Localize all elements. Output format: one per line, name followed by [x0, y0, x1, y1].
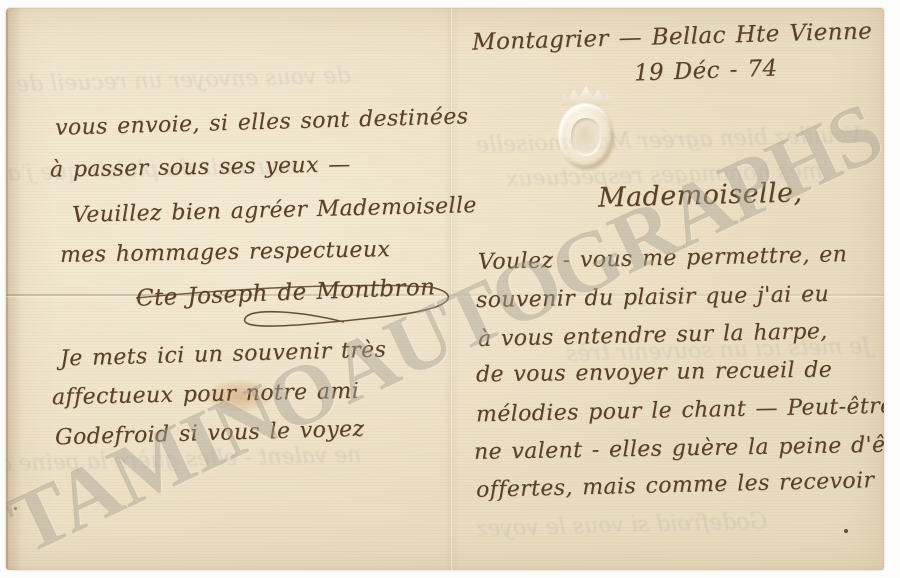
handwritten-line: Veuillez bien agréer Mademoiselle: [72, 193, 477, 228]
handwritten-line: offertes, mais comme les recevoir: [476, 468, 875, 503]
crown-icon: [562, 84, 610, 106]
dateline-location: Montagrier — Bellac Hte Vienne: [472, 18, 873, 55]
handwritten-line: souvenir du plaisir que j'ai eu: [476, 282, 829, 313]
paper-speck: [844, 529, 848, 533]
show-through-text: Veuillez bien agréer Mademoiselle: [476, 123, 862, 158]
handwritten-line: affectueux pour notre ami: [52, 379, 360, 410]
paper-speck: [14, 507, 17, 510]
handwritten-line: vous envoie, si elles sont destinées: [55, 104, 469, 141]
show-through-text: Godefroid si vous le voyez: [476, 509, 768, 542]
signature-flourish: [128, 270, 462, 346]
photo-background: Veuillez bien agréer Mademoiselle mes ho…: [0, 0, 900, 578]
show-through-text: de vous envoyer un recueil de: [16, 64, 351, 98]
handwritten-line: à passer sous ses yeux —: [50, 152, 351, 182]
handwritten-line: mes hommages respectueux: [60, 237, 391, 268]
seal-inner-relief: [571, 118, 601, 156]
handwritten-line: mélodies pour le chant — Peut-être: [476, 394, 884, 428]
handwritten-line: Voulez - vous me permettre, en: [478, 242, 848, 275]
handwritten-line: Je mets ici un souvenir très: [60, 337, 387, 371]
handwritten-line: de vous envoyer un recueil de: [476, 358, 833, 388]
embossed-crest-seal: [555, 84, 617, 172]
salutation: Mademoiselle,: [598, 177, 803, 213]
letter-paper: Veuillez bien agréer Mademoiselle mes ho…: [6, 8, 884, 570]
dateline-date: 19 Déc - 74: [634, 56, 778, 87]
handwritten-line: ne valent - elles guère la peine d'être: [474, 432, 884, 465]
